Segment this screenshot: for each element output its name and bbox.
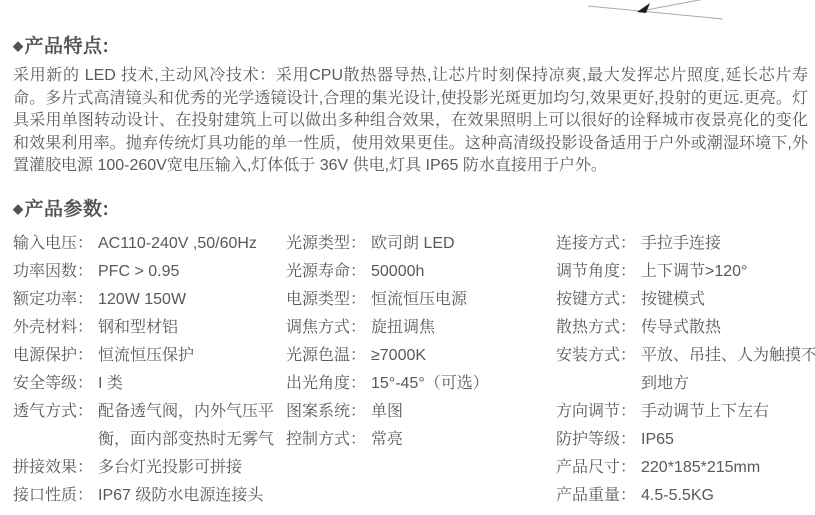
param-label: 光源色温： [286,342,371,370]
parameters-column-2: 光源类型： 欧司朗 LED 光源寿命： 50000h 电源类型： 恒流恒压电源 … [286,230,556,454]
parameters-column-3: 连接方式： 手拉手连接 调节角度： 上下调节>120° 按键方式： 按键模式 散… [556,230,815,510]
param-value: 上下调节>120° [641,258,815,286]
param-label: 光源类型： [286,230,371,258]
param-row-product-weight: 产品重量： 4.5-5.5KG [556,482,815,510]
param-value: 4.5-5.5KG [641,482,815,510]
param-label: 散热方式： [556,314,641,342]
param-value: 常亮 [371,426,556,454]
parameters-heading: ◆产品参数: [13,194,805,221]
param-row-splicing-effect: 拼接效果： 多台灯光投影可拼接 [13,454,286,482]
param-label: 安全等级： [13,370,98,398]
param-row-control-mode: 控制方式： 常亮 [286,426,556,454]
parameters-heading-text: 产品参数: [25,199,110,220]
param-label: 功率因数： [13,258,98,286]
param-label: 光源寿命： [286,258,371,286]
param-row-button-mode: 按键方式： 按键模式 [556,286,815,314]
param-value: 手动调节上下左右 [641,398,815,426]
features-heading: ◆产品特点: [13,31,805,58]
param-value: ≥7000K [371,342,556,370]
param-value: 220*185*215mm [641,454,815,482]
param-row-power-protection: 电源保护： 恒流恒压保护 [13,342,286,370]
param-row-pattern-system: 图案系统： 单图 [286,398,556,426]
param-label: 透气方式： [13,398,98,454]
param-row-light-source-type: 光源类型： 欧司朗 LED [286,230,556,258]
param-value: IP67 级防水电源连接头 [98,482,286,510]
param-value: AC110-240V ,50/60Hz [98,230,286,258]
page-content: ◆产品特点: 采用新的 LED 技术,主动风冷技术：采用CPU散热器导热,让芯片… [13,0,805,510]
param-value: 欧司朗 LED [371,230,556,258]
parameters-grid: 输入电压： AC110-240V ,50/60Hz 功率因数： PFC > 0.… [13,230,805,510]
param-row-color-temperature: 光源色温： ≥7000K [286,342,556,370]
features-paragraph: 采用新的 LED 技术,主动风冷技术：采用CPU散热器导热,让芯片时刻保持凉爽,… [13,65,808,178]
param-value: PFC > 0.95 [98,258,286,286]
param-label: 额定功率： [13,286,98,314]
param-value: 按键模式 [641,286,815,314]
param-row-focus-method: 调焦方式： 旋扭调焦 [286,314,556,342]
param-label: 出光角度： [286,370,371,398]
param-row-power-factor: 功率因数： PFC > 0.95 [13,258,286,286]
param-label: 安装方式： [556,342,641,398]
param-value: 旋扭调焦 [371,314,556,342]
param-label: 防护等级： [556,426,641,454]
param-row-product-size: 产品尺寸： 220*185*215mm [556,454,815,482]
param-label: 输入电压： [13,230,98,258]
param-label: 方向调节： [556,398,641,426]
param-value: 多台灯光投影可拼接 [98,454,286,482]
param-value: 恒流恒压保护 [98,342,286,370]
param-value: 手拉手连接 [641,230,815,258]
param-value: 恒流恒压电源 [371,286,556,314]
param-row-connector-type: 接口性质： IP67 级防水电源连接头 [13,482,286,510]
param-value: 50000h [371,258,556,286]
param-row-venting: 透气方式： 配备透气阀，内外气压平衡，面内部变热时无雾气 [13,398,286,454]
param-value: I 类 [98,370,286,398]
param-label: 调焦方式： [286,314,371,342]
param-row-rated-power: 额定功率： 120W 150W [13,286,286,314]
param-row-safety-class: 安全等级： I 类 [13,370,286,398]
param-value: 120W 150W [98,286,286,314]
param-row-input-voltage: 输入电压： AC110-240V ,50/60Hz [13,230,286,258]
diamond-bullet-icon: ◆ [13,38,24,53]
param-value: 平放、吊挂、人为触摸不到地方 [641,342,815,398]
param-label: 连接方式： [556,230,641,258]
param-value: 单图 [371,398,556,426]
param-row-housing-material: 外壳材料： 钢和型材铝 [13,314,286,342]
features-heading-text: 产品特点: [25,36,110,57]
param-label: 调节角度： [556,258,641,286]
param-label: 电源类型： [286,286,371,314]
parameters-column-1: 输入电压： AC110-240V ,50/60Hz 功率因数： PFC > 0.… [13,230,286,510]
param-label: 产品重量： [556,482,641,510]
param-label: 电源保护： [13,342,98,370]
param-row-power-supply-type: 电源类型： 恒流恒压电源 [286,286,556,314]
param-value: IP65 [641,426,815,454]
diamond-bullet-icon: ◆ [13,201,24,216]
param-value: 钢和型材铝 [98,314,286,342]
param-row-protection-rating: 防护等级： IP65 [556,426,815,454]
param-label: 外壳材料： [13,314,98,342]
param-row-light-source-life: 光源寿命： 50000h [286,258,556,286]
param-value: 配备透气阀，内外气压平衡，面内部变热时无雾气 [98,398,286,454]
param-row-mounting-method: 安装方式： 平放、吊挂、人为触摸不到地方 [556,342,815,398]
param-row-adjust-angle: 调节角度： 上下调节>120° [556,258,815,286]
param-row-connection-mode: 连接方式： 手拉手连接 [556,230,815,258]
param-label: 控制方式： [286,426,371,454]
param-label: 拼接效果： [13,454,98,482]
param-label: 图案系统： [286,398,371,426]
param-label: 产品尺寸： [556,454,641,482]
param-value: 15°-45°（可选） [371,370,556,398]
product-spec-page: ◆产品特点: 采用新的 LED 技术,主动风冷技术：采用CPU散热器导热,让芯片… [0,0,815,515]
param-label: 按键方式： [556,286,641,314]
param-row-cooling-method: 散热方式： 传导式散热 [556,314,815,342]
param-label: 接口性质： [13,482,98,510]
param-value: 传导式散热 [641,314,815,342]
param-row-beam-angle: 出光角度： 15°-45°（可选） [286,370,556,398]
param-row-direction-adjust: 方向调节： 手动调节上下左右 [556,398,815,426]
